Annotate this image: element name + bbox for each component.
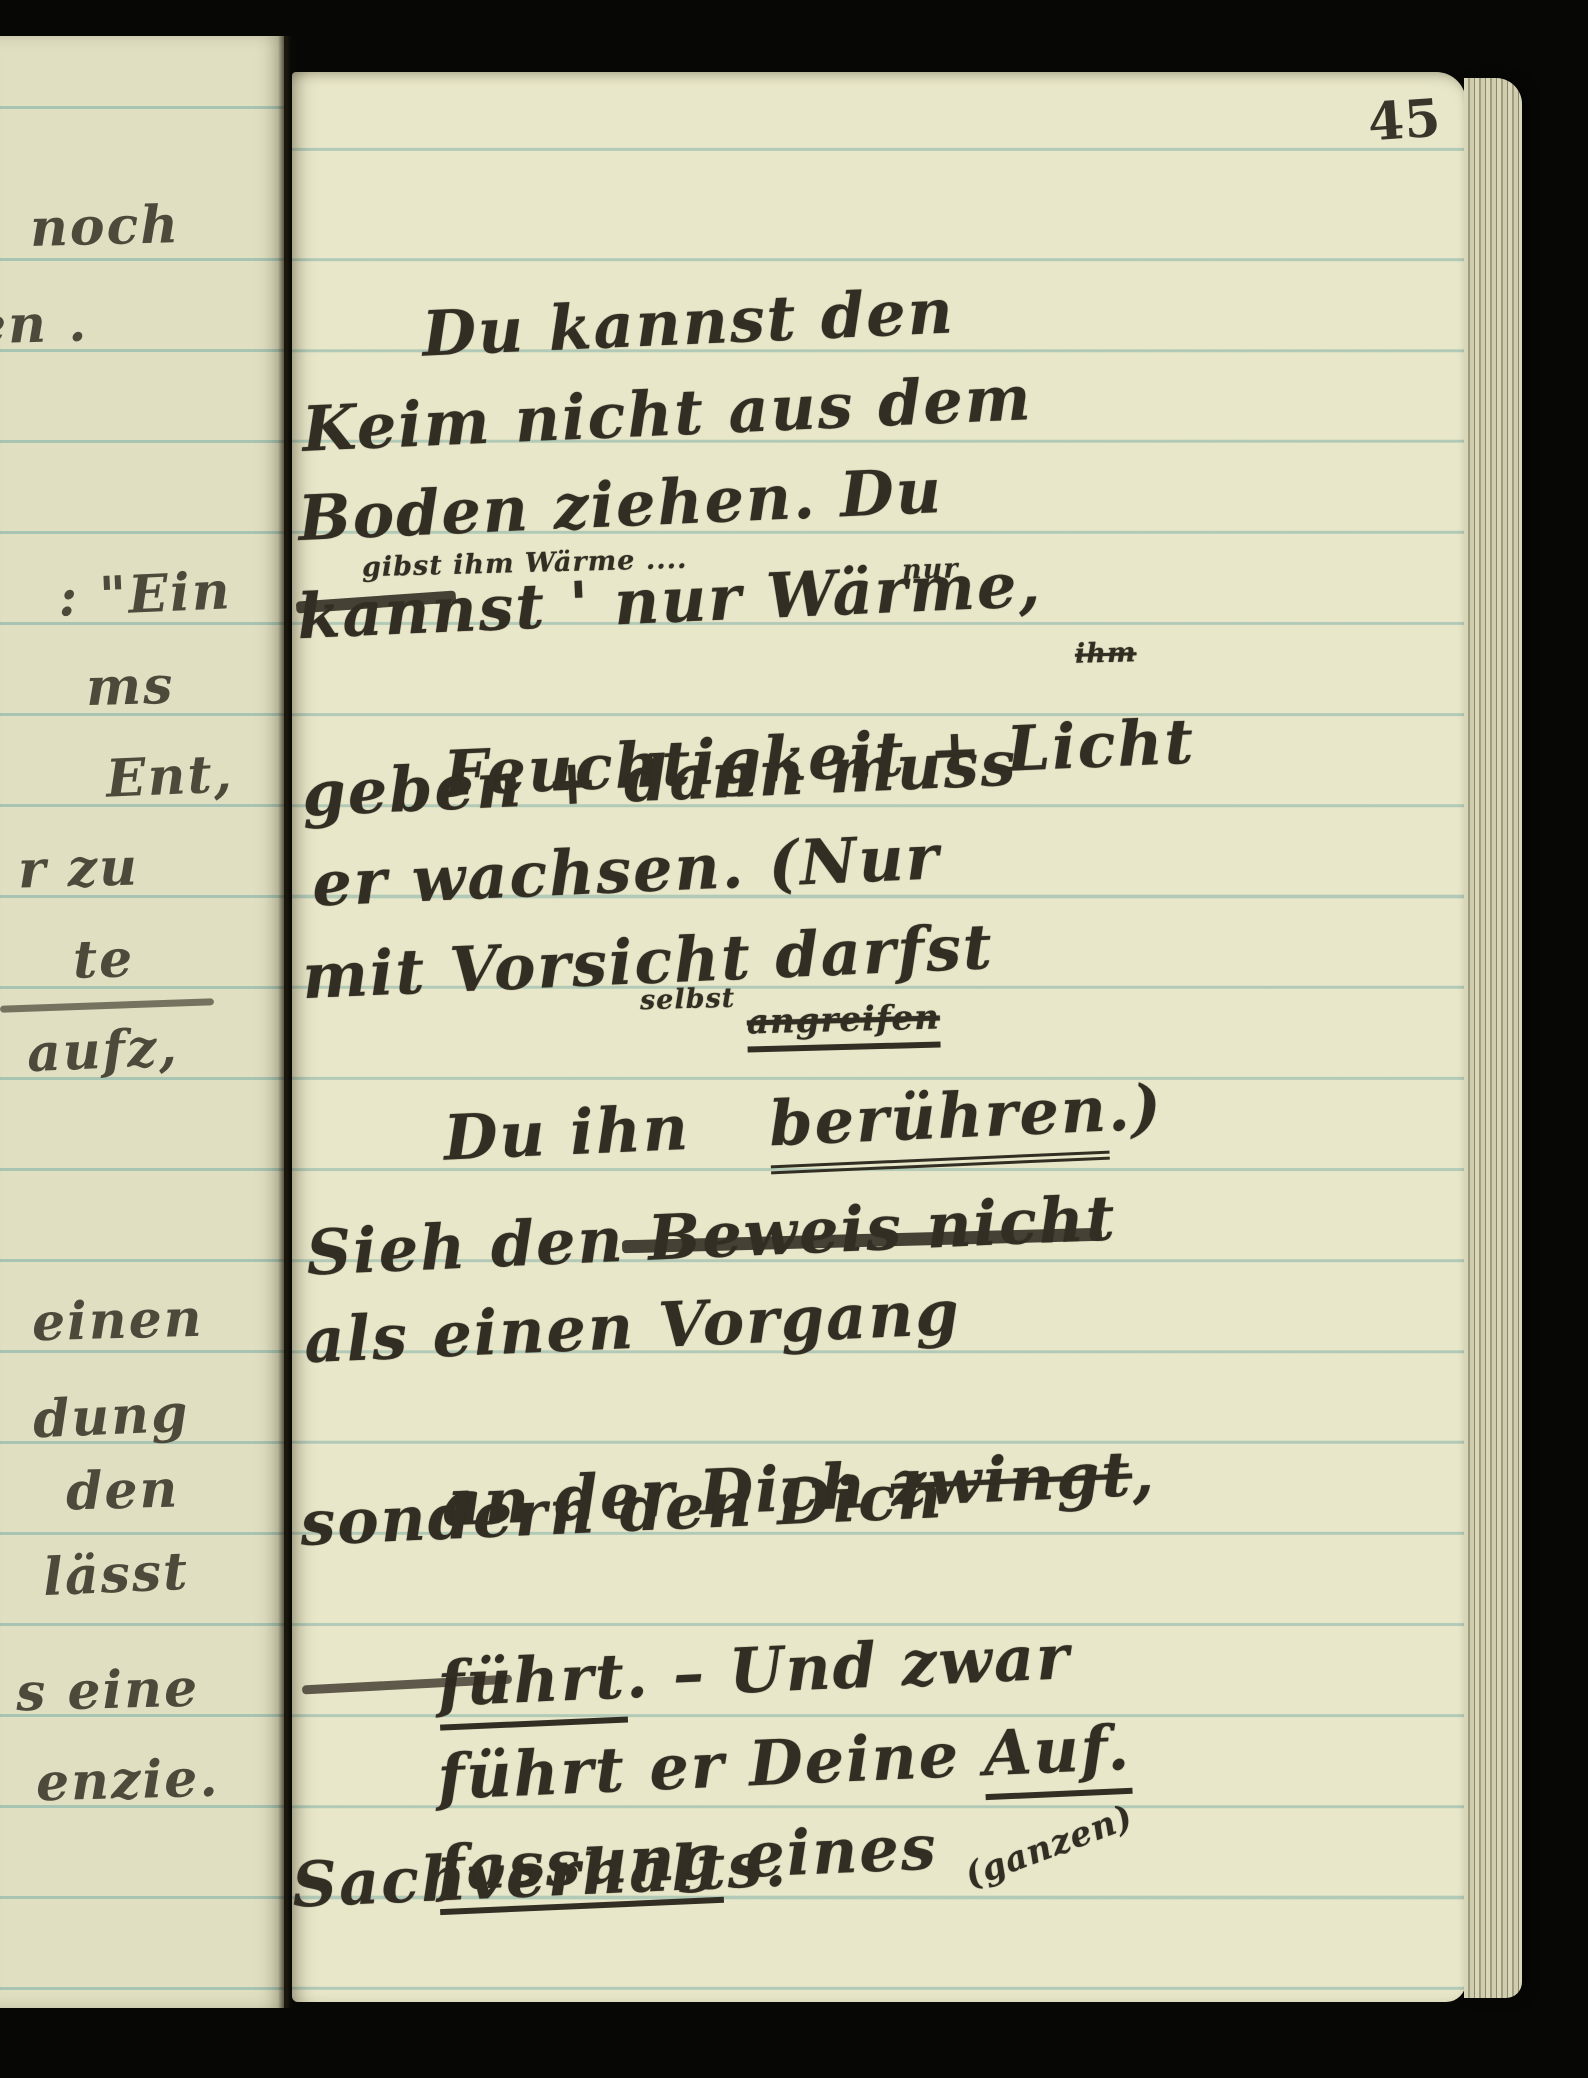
squeezed-word: (ganzen) <box>960 1797 1139 1896</box>
left-page-fragment: r zu <box>17 836 139 900</box>
left-page-fragment: en . <box>0 293 89 357</box>
left-page-fragment: : "Ein <box>57 560 233 629</box>
line-segment: Du ihn <box>442 1090 715 1175</box>
underlined-word: berühren <box>768 1073 1110 1175</box>
right-page: 45 Du kannst den Keim nicht aus dem Bode… <box>292 72 1466 2002</box>
line-segment: , <box>1130 1436 1157 1510</box>
line-segment: .) <box>1106 1070 1164 1145</box>
left-page-fragment: aufz, <box>26 1017 180 1085</box>
left-page-fragment: den <box>65 1459 180 1523</box>
underline-stroke <box>0 998 214 1012</box>
left-page-fragment: te <box>72 928 135 991</box>
page-number: 45 <box>1366 88 1442 154</box>
handwritten-line: Keim nicht aus dem <box>301 361 1034 466</box>
handwritten-line: Du kannst den <box>421 274 956 370</box>
handwritten-line: Boden ziehen. Du <box>297 454 945 555</box>
left-page-fragment: dung <box>31 1383 190 1451</box>
left-page-fragment: enzie. <box>35 1748 220 1814</box>
left-page-fragment: lässt <box>42 1541 191 1608</box>
left-page-fragment: einen <box>32 1288 205 1353</box>
notebook-scan: noch en . : "Ein ms Ent, r zu te aufz, e… <box>0 0 1588 2078</box>
left-page-fragment: ms <box>85 655 175 718</box>
handwritten-line: als einen Vorgang <box>303 1276 962 1378</box>
line-segment: Licht <box>1005 705 1197 786</box>
left-page-fragment: s eine <box>15 1658 200 1724</box>
left-page: noch en . : "Ein ms Ent, r zu te aufz, e… <box>0 36 284 2008</box>
left-page-fragment: noch <box>29 194 181 259</box>
interline-insertion: selbst <box>640 983 736 1016</box>
left-page-fragment: Ent, <box>105 743 235 810</box>
page-edge-stack <box>1464 78 1522 1998</box>
